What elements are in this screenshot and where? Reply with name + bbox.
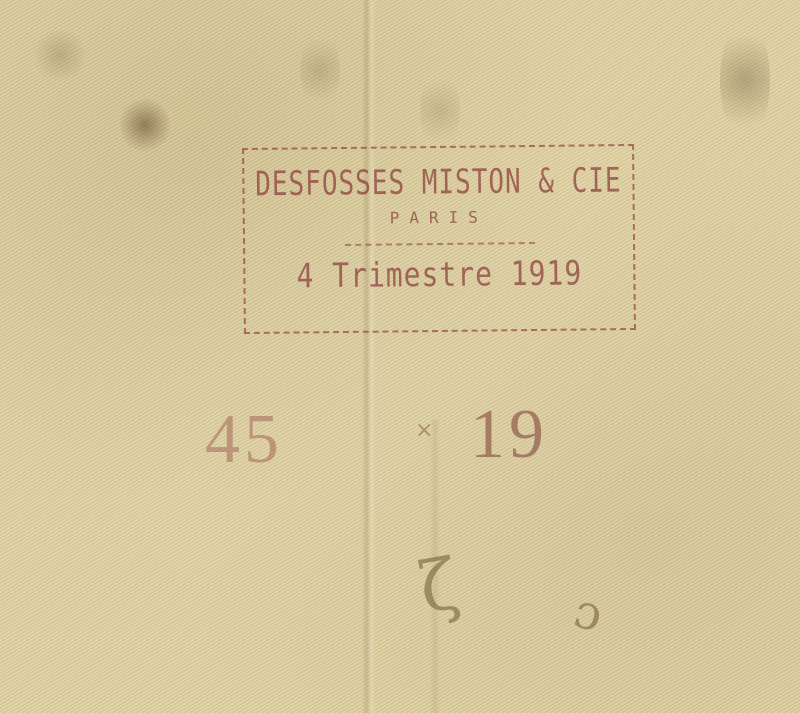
- stamp-date: 4 Trimestre 1919: [245, 253, 633, 297]
- size-mark-right: 19: [470, 395, 548, 475]
- size-mark-left: 45: [205, 400, 283, 480]
- stain-spot: [420, 70, 460, 150]
- maker-stamp: DESFOSSES MISTON & CIE PARIS 4 Trimestre…: [242, 144, 636, 334]
- fabric-crease: [362, 0, 376, 713]
- size-mark-separator: ×: [415, 418, 433, 443]
- stain-spot: [120, 95, 170, 155]
- handwritten-mark: ζ: [413, 542, 465, 629]
- stamp-divider: [345, 242, 535, 246]
- stamp-city: PARIS: [245, 206, 633, 229]
- handwritten-mark: ɔ: [568, 582, 608, 643]
- stamp-maker-name: DESFOSSES MISTON & CIE: [252, 162, 624, 205]
- stain-spot: [720, 20, 770, 140]
- fabric-photo: DESFOSSES MISTON & CIE PARIS 4 Trimestre…: [0, 0, 800, 713]
- stain-spot: [30, 30, 90, 80]
- stain-spot: [300, 30, 340, 110]
